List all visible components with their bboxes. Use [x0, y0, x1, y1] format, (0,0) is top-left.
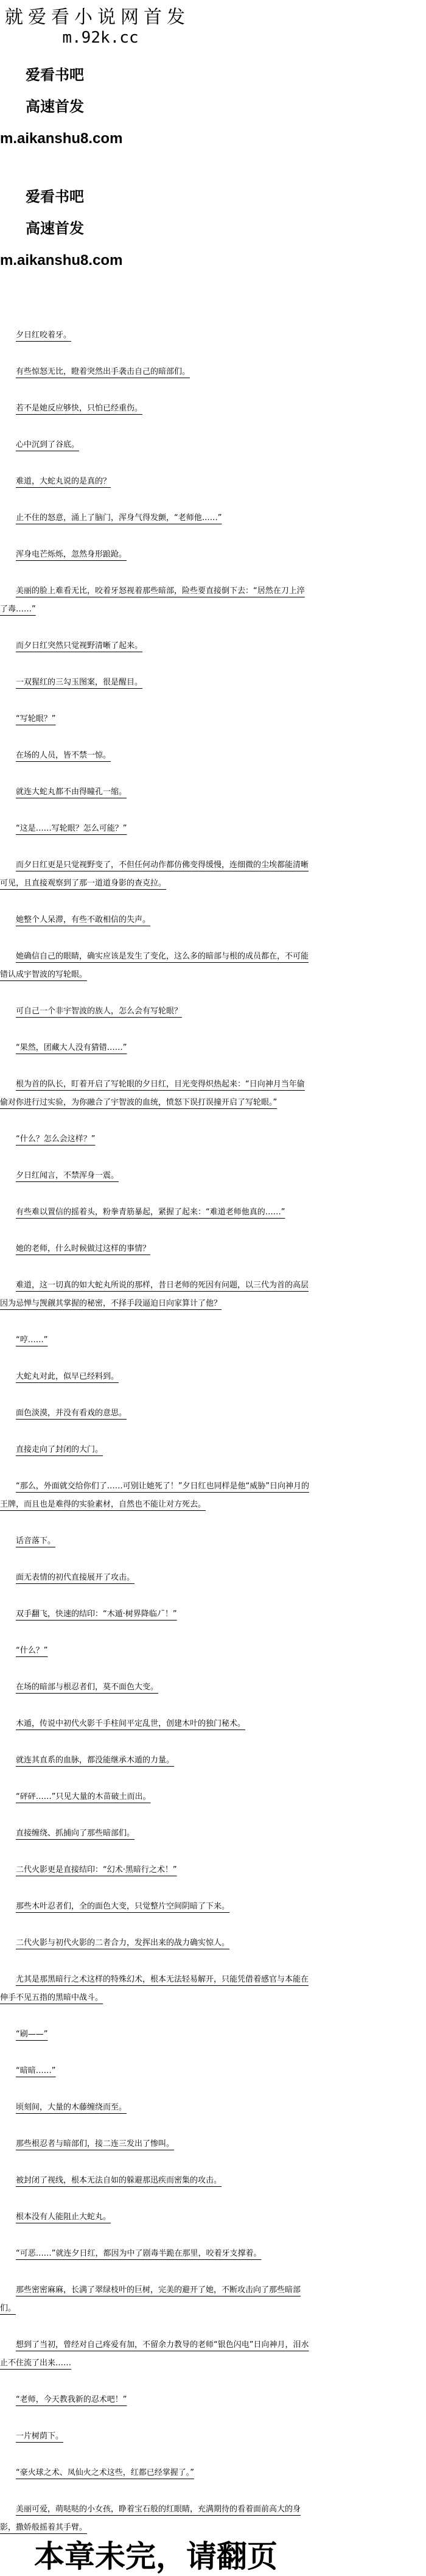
novel-paragraph: 有些惊怒无比，瞪着突然出手袭击自己的暗部们。 — [0, 363, 312, 381]
novel-paragraph: 木遁，传说中初代火影千手柱间平定乱世，创建木叶的独门秘术。 — [0, 1715, 312, 1733]
novel-paragraph: 她的老师，什么时候做过这样的事情？ — [0, 1240, 312, 1258]
promo-tagline: 高速首发 — [26, 97, 426, 117]
novel-paragraph: “什么？” — [0, 1642, 312, 1660]
novel-paragraph: 那些密密麻麻，长满了翠绿枝叶的巨树，完美的避开了她，不断攻击向了那些暗部们。 — [0, 2281, 312, 2318]
novel-paragraph: 尤其是那黑暗行之术这样的特殊幻术，根本无法轻易解开，只能凭借着感官与本能在伸手不… — [0, 1971, 312, 2007]
novel-paragraph: 直接走向了封闭的大门。 — [0, 1441, 312, 1459]
novel-paragraph: 心中沉到了谷底。 — [0, 436, 312, 454]
novel-paragraph: 浑身电芒烁烁，忽然身形踉跄。 — [0, 546, 312, 564]
novel-paragraph: 难道，大蛇丸说的是真的？ — [0, 473, 312, 491]
novel-paragraph: 就连大蛇丸都不由得瞳孔一缩。 — [0, 783, 312, 801]
novel-reader-page: 就爱看小说网首发 m.92k.cc 爱看书吧 高速首发 m.aikanshu8.… — [0, 0, 426, 2576]
page-end-notice: 本章未完，请翻页 — [0, 2537, 312, 2576]
novel-paragraph: “果然，团藏大人没有猜错……” — [0, 1039, 312, 1057]
novel-paragraph: 面无表情的初代直接展开了攻击。 — [0, 1569, 312, 1587]
novel-paragraph: “写轮眼？” — [0, 710, 312, 728]
novel-paragraph: 难道，这一切真的如大蛇丸所说的那样，昔日老师的死因有问题，以三代为首的高层因为忌… — [0, 1276, 312, 1313]
novel-paragraph: “老师，今天教我新的忍术吧！” — [0, 2391, 312, 2409]
novel-paragraph: 就连其直系的血脉，都没能继承木遁的力量。 — [0, 1751, 312, 1770]
novel-paragraph: 有些难以置信的摇着头，粉拳青筋暴起，紧握了起来：“难道老师他真的……” — [0, 1203, 312, 1222]
novel-paragraph: “豪火球之术、凤仙火之术这些，红都已经掌握了。” — [0, 2464, 312, 2482]
novel-paragraph: “什么？怎么会这样？” — [0, 1130, 312, 1149]
novel-paragraph: 二代火影与初代火影的二者合力，发挥出来的战力确实惊人。 — [0, 1934, 312, 1952]
novel-paragraph: “暗暗……” — [0, 2062, 312, 2080]
novel-paragraph: 她确信自己的眼睛，确实应该是发生了变化，这么多的暗部与根的成员都在，不可能错认成… — [0, 948, 312, 984]
novel-paragraph: 一双猩红的三勾玉图案，很是醒目。 — [0, 674, 312, 692]
novel-paragraph: 二代火影更是直接结印：“幻术·黑暗行之术！” — [0, 1861, 312, 1879]
site-watermark-title: 就爱看小说网首发 — [5, 7, 426, 28]
promo-site-name: 爱看书吧 — [26, 66, 426, 85]
novel-paragraph: 她整个人呆滞，有些不敢相信的失声。 — [0, 911, 312, 929]
promo-site-url: m.aikanshu8.com — [0, 129, 426, 149]
novel-paragraph: “可恶……”就连夕日红，都因为中了剧毒半跪在那里，咬着牙支撑着。 — [0, 2245, 312, 2263]
novel-paragraph: 美丽的脸上难看无比，咬着牙怒视着那些暗部，险些要直接倒下去：“居然在刀上淬了毒…… — [0, 582, 312, 619]
novel-paragraph: 直接缠绕、抓捕向了那些暗部们。 — [0, 1825, 312, 1843]
novel-paragraph: 想到了当初，曾经对自己疼爱有加，不留余力教导的老师“银色闪电”日向神月，泪水止不… — [0, 2336, 312, 2373]
novel-paragraph: 根为首的队长，盯着开启了写轮眼的夕日红，目光变得炽热起来：“日向神月当年偷偷对你… — [0, 1075, 312, 1112]
site-watermark-url: m.92k.cc — [0, 29, 201, 46]
novel-paragraph: 根本没有人能阻止大蛇丸。 — [0, 2208, 312, 2226]
novel-paragraph: 夕日红闻言，不禁浑身一震。 — [0, 1167, 312, 1185]
novel-paragraph: 而夕日红突然只觉视野清晰了起来。 — [0, 637, 312, 655]
novel-paragraph: 而夕日红更是只觉视野变了，不但任何动作都仿佛变得缓慢，连细微的尘埃都能清晰可见，… — [0, 856, 312, 893]
promo-site-url: m.aikanshu8.com — [0, 251, 426, 270]
novel-paragraph: 顷刻间，大量的木藤缠绕而至。 — [0, 2099, 312, 2117]
novel-paragraph: 美丽可爱，萌哒哒的小女孩，睁着宝石般的红眼睛，充满期待的看着面前高大的身影，撒娇… — [0, 2500, 312, 2537]
novel-paragraph: “这是……写轮眼？怎么可能？” — [0, 820, 312, 838]
top-watermark: 就爱看小说网首发 m.92k.cc — [0, 7, 426, 46]
promo-tagline: 高速首发 — [26, 219, 426, 239]
novel-paragraph: 那些木叶忍者们，全的面色大变，只觉整片空间阴暗了下来。 — [0, 1898, 312, 1916]
novel-paragraph: 被封闭了视线，根本无法自如的躲避那迅疾而密集的攻击。 — [0, 2172, 312, 2190]
novel-paragraph: 可自己一个非宇智波的族人，怎么会有写轮眼？ — [0, 1002, 312, 1021]
promo-site-name: 爱看书吧 — [26, 188, 426, 207]
novel-paragraph: “哼……” — [0, 1331, 312, 1350]
novel-paragraph: 大蛇丸对此，似早已经料到。 — [0, 1368, 312, 1386]
novel-paragraph: 若不是她反应够快，只怕已经重伤。 — [0, 399, 312, 418]
novel-paragraph: 夕日红咬着牙。 — [0, 326, 312, 345]
novel-paragraph: 那些根忍者与暗部们，接二连三发出了惨叫。 — [0, 2135, 312, 2153]
novel-paragraph: 面色淡漠，并没有看戏的意思。 — [0, 1404, 312, 1423]
chapter-body: 夕日红咬着牙。有些惊怒无比，瞪着突然出手袭击自己的暗部们。若不是她反应够快，只怕… — [0, 326, 312, 2537]
promo-block-1: 爱看书吧 高速首发 m.aikanshu8.com — [0, 66, 426, 149]
novel-paragraph: “那么，外面就交给你们了……可别让她死了！”夕日红也同样是他“威胁”日向神月的王… — [0, 1477, 312, 1514]
novel-paragraph: “刷——” — [0, 2025, 312, 2044]
promo-block-2: 爱看书吧 高速首发 m.aikanshu8.com — [0, 188, 426, 270]
novel-paragraph: 在场的暗部与根忍者们，莫不面色大变。 — [0, 1678, 312, 1697]
novel-paragraph: 在场的人员，皆不禁一惊。 — [0, 747, 312, 765]
novel-paragraph: 一片树荫下。 — [0, 2427, 312, 2446]
novel-paragraph: “砰砰……”只见大量的木苗破土而出。 — [0, 1788, 312, 1806]
novel-paragraph: 止不住的怒意，涌上了脑门，浑身气得发颤，“老师他……” — [0, 509, 312, 527]
novel-paragraph: 话音落下。 — [0, 1532, 312, 1550]
novel-paragraph: 双手翻飞，快速的结印：“木遁·树界降临ﾉ¨！” — [0, 1605, 312, 1624]
